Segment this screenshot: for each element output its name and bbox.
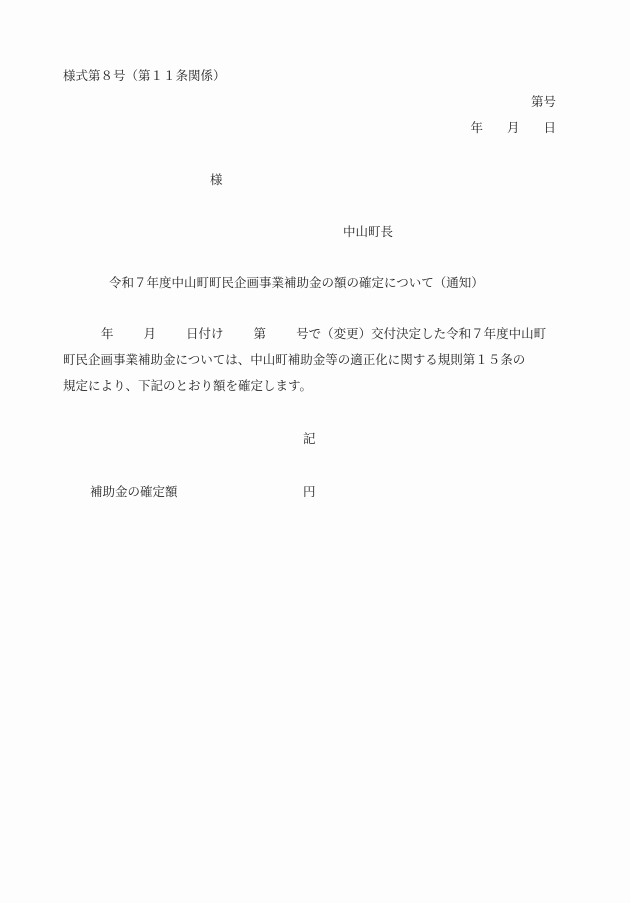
body-line-3: 規定により、下記のとおり額を確定します。 (63, 380, 558, 406)
amount-label: 補助金の確定額 (90, 486, 178, 499)
ki-heading: 記 (303, 433, 316, 446)
body-line-2: 町民企画事業補助金については、中山町補助金等の適正化に関する規則第１５条の (63, 354, 558, 380)
body-paragraph: 年月日付け第号で（変更）交付決定した令和７年度中山町 町民企画事業補助金について… (63, 328, 558, 406)
recipient-suffix: 様 (210, 174, 223, 187)
sender: 中山町長 (343, 226, 393, 239)
amount-unit: 円 (303, 486, 316, 499)
date-year: 年 (470, 122, 483, 135)
document-title: 令和７年度中山町町民企画事業補助金の額の確定について（通知） (109, 277, 484, 290)
body-year: 年 (101, 326, 114, 341)
body-day-dated: 日付け (186, 326, 224, 341)
document-number-label: 第号 (531, 96, 556, 109)
body-month: 月 (144, 326, 157, 341)
body-line-1: 年月日付け第号で（変更）交付決定した令和７年度中山町 (63, 328, 558, 354)
date-line: 年月日 (470, 122, 556, 135)
date-day: 日 (543, 122, 556, 135)
form-number: 様式第８号（第１１条関係） (63, 70, 226, 83)
body-dai: 第 (254, 326, 267, 341)
date-month: 月 (507, 122, 520, 135)
body-line-1-rest: 号で（変更）交付決定した令和７年度中山町 (296, 326, 546, 341)
